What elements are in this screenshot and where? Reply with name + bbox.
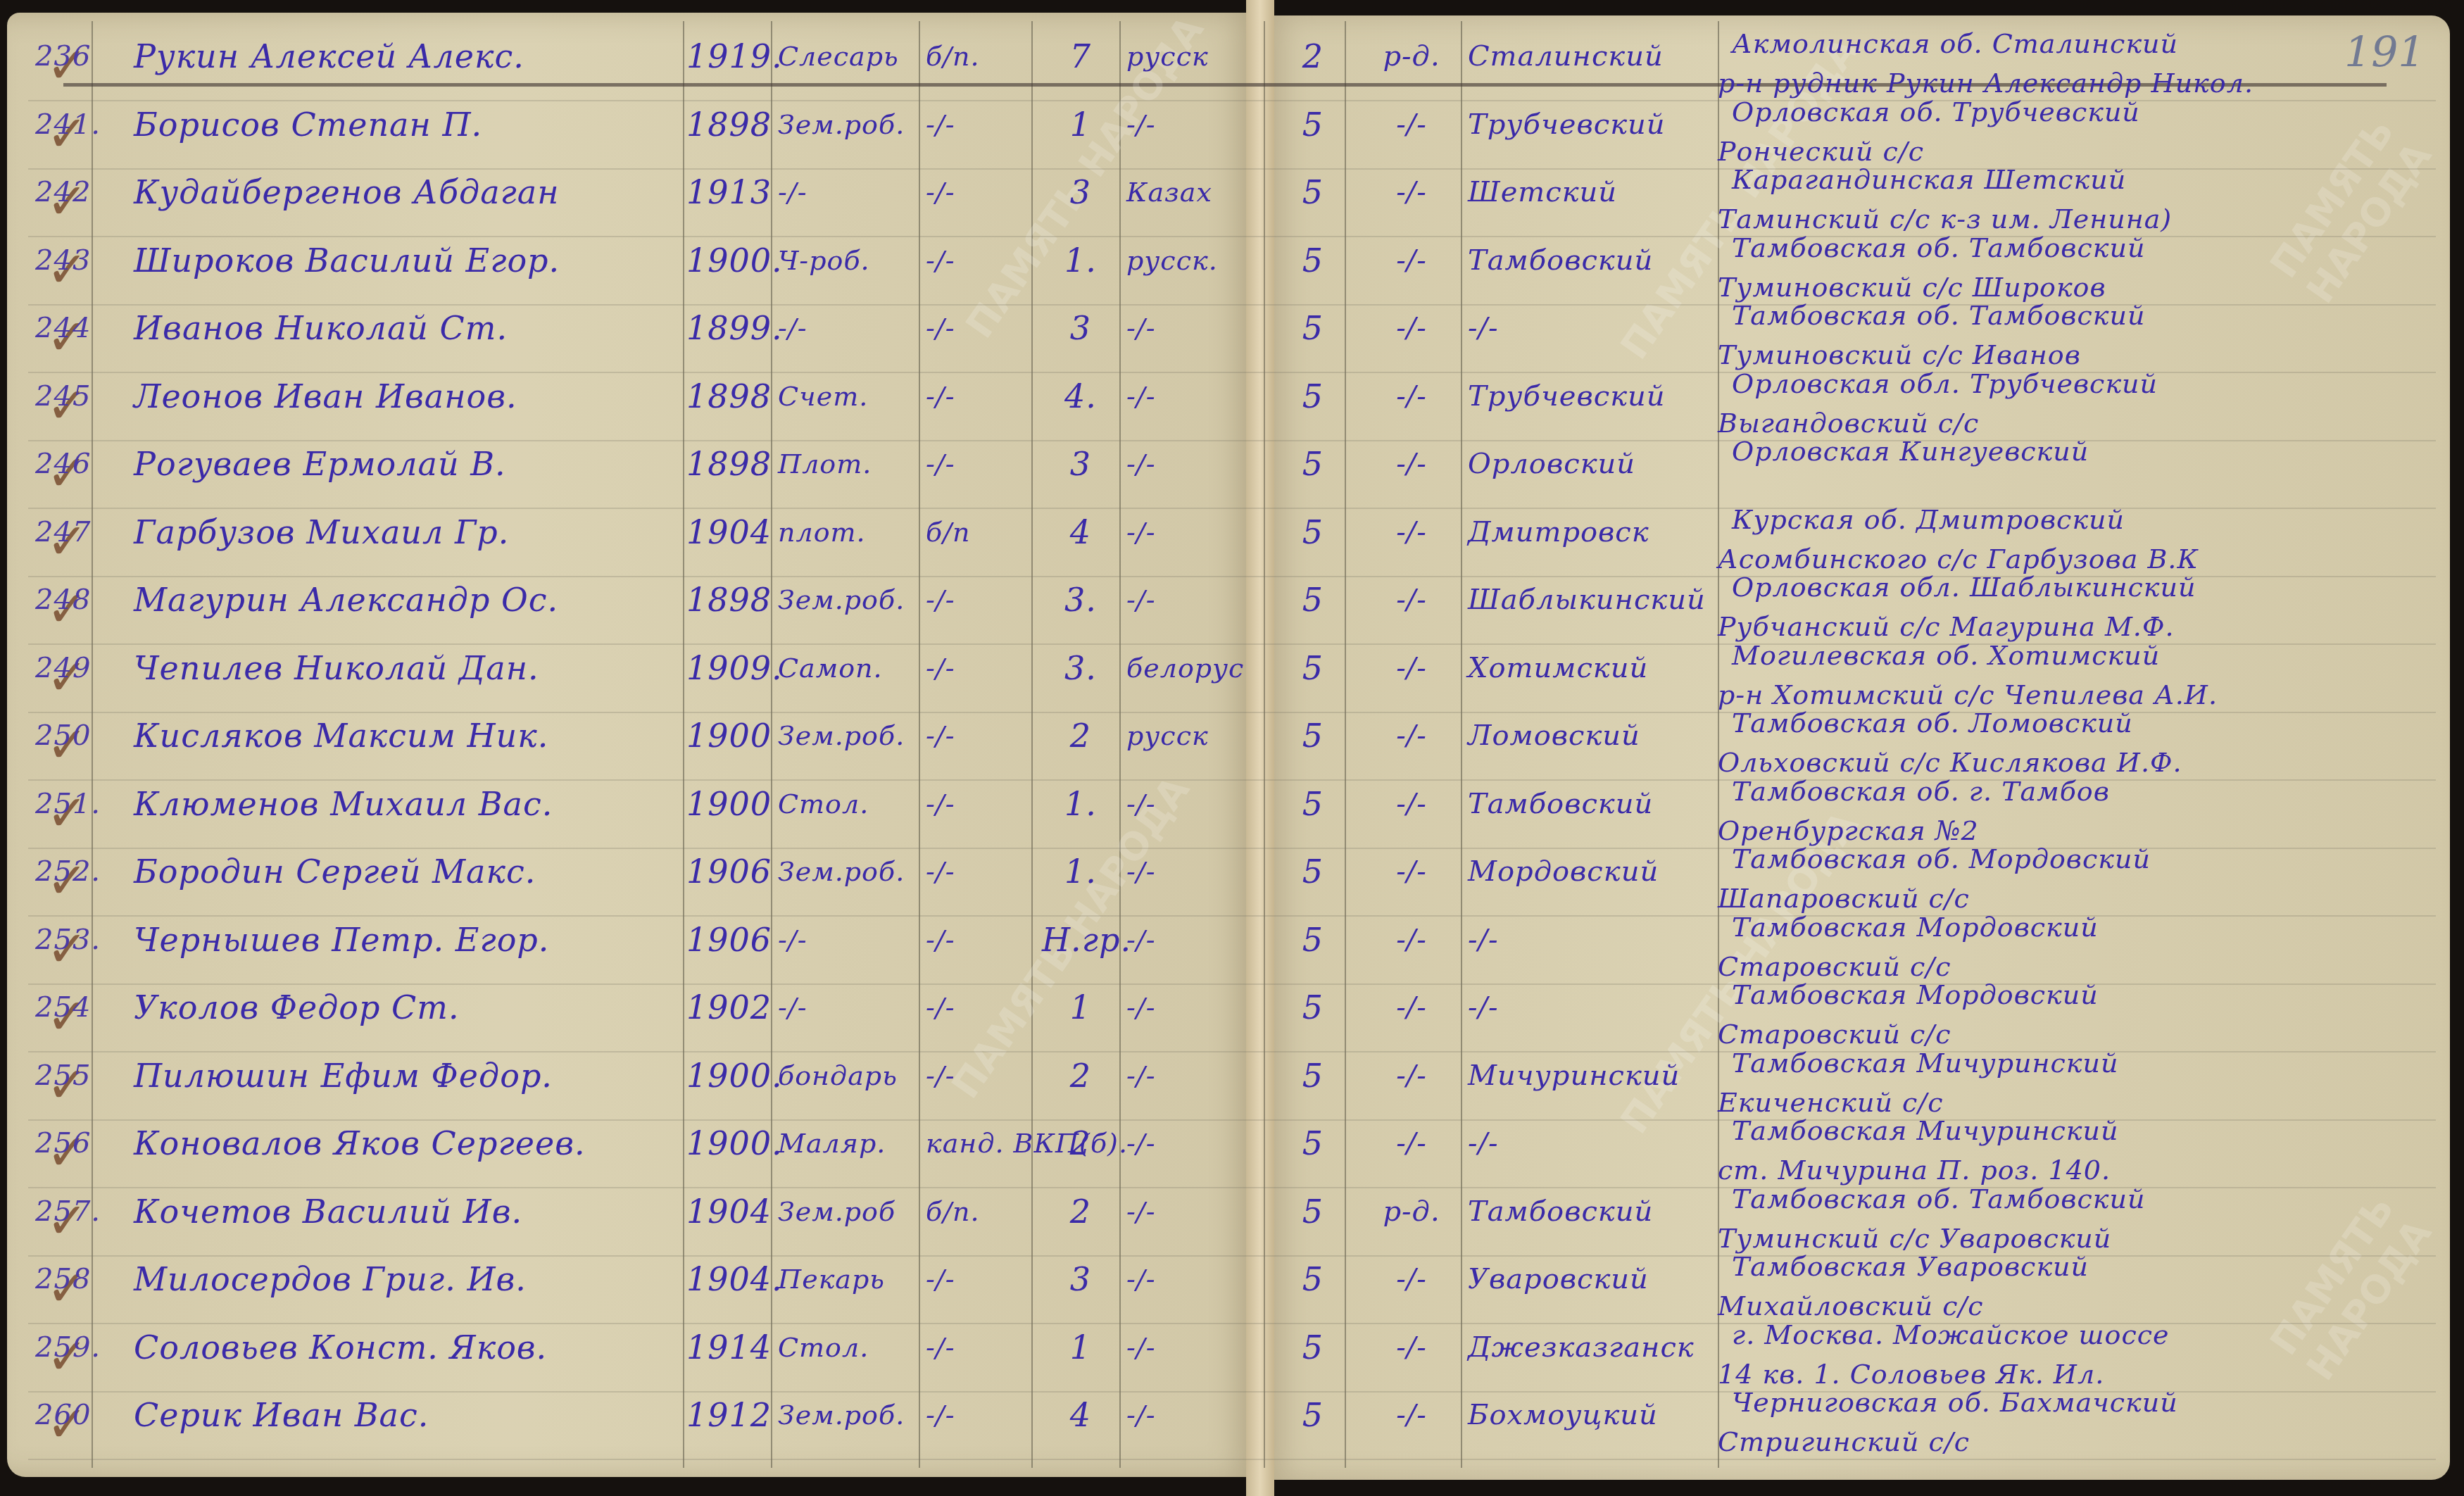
cell-num: 254 [35, 988, 99, 1027]
cell-category: 5 [1274, 377, 1352, 416]
cell-year: 1898 [686, 105, 771, 144]
cell-nationality: -/- [1126, 580, 1246, 620]
cell-occupation: Плот. [778, 444, 919, 484]
cell-rvk: Тамбовский [1468, 1192, 1721, 1231]
cell-category: 5 [1274, 1056, 1352, 1095]
cell-year: 1902 [686, 988, 771, 1027]
cell-num: 247 [35, 513, 99, 552]
cell-address-line1: Орловская Кингуевский [1732, 432, 2436, 471]
cell-year: 1904. [686, 1259, 771, 1299]
cell-address-line1: Тамбовская об. Тамбовский [1732, 228, 2436, 268]
cell-name: Широков Василий Егор. [134, 241, 683, 280]
cell-year: 1906 [686, 852, 771, 891]
cell-address-line1: Могилевская об. Хотимский [1732, 636, 2436, 675]
cell-year: 1914 [686, 1328, 771, 1367]
cell-occupation: Зем.роб. [778, 852, 919, 891]
cell-party: -/- [926, 105, 1031, 144]
cell-name: Соловьев Конст. Яков. [134, 1328, 683, 1367]
cell-name: Пилюшин Ефим Федор. [134, 1056, 683, 1095]
cell-category: 5 [1274, 852, 1352, 891]
cell-name: Клюменов Михаил Вас. [134, 784, 683, 824]
cell-nationality: -/- [1126, 1124, 1246, 1163]
row-rule [28, 1459, 2436, 1460]
cell-rvk: Шетский [1468, 172, 1721, 212]
cell-num: 252. [35, 852, 99, 891]
cell-occupation: -/- [778, 988, 919, 1027]
cell-rank: -/- [1366, 988, 1457, 1027]
cell-education: Н.гр. [1042, 920, 1119, 960]
cell-name: Магурин Александр Ос. [134, 580, 683, 620]
cell-rvk: Трубчевский [1468, 105, 1721, 144]
cell-name: Кисляков Максим Ник. [134, 716, 683, 755]
cell-address-line1: Тамбовская Мичуринский [1732, 1111, 2436, 1150]
cell-occupation: -/- [778, 920, 919, 960]
cell-year: 1898 [686, 444, 771, 484]
cell-party: -/- [926, 648, 1031, 688]
cell-address-line1: Орловская обл. Шаблыкинский [1732, 567, 2436, 607]
cell-education: 3. [1042, 580, 1119, 620]
cell-num: 253. [35, 920, 99, 960]
cell-address-line1: Орловская обл. Трубчевский [1732, 364, 2436, 403]
cell-occupation: Стол. [778, 1328, 919, 1367]
cell-num: 245 [35, 377, 99, 416]
cell-address-line1: Тамбовская об. Ломовский [1732, 703, 2436, 743]
cell-name: Рукин Алексей Алекс. [134, 37, 683, 76]
cell-education: 1. [1042, 784, 1119, 824]
cell-name: Уколов Федор Ст. [134, 988, 683, 1027]
cell-num: 251. [35, 784, 99, 824]
cell-year: 1898 [686, 580, 771, 620]
cell-nationality: белорус [1126, 648, 1246, 688]
cell-rvk: -/- [1468, 920, 1721, 960]
cell-name: Коновалов Яков Сергеев. [134, 1124, 683, 1163]
cell-occupation: -/- [778, 172, 919, 212]
cell-education: 3 [1042, 172, 1119, 212]
cell-rank: -/- [1366, 648, 1457, 688]
cell-education: 4. [1042, 377, 1119, 416]
cell-category: 5 [1274, 241, 1352, 280]
cell-rvk: Дмитровск [1468, 513, 1721, 552]
cell-name: Кочетов Василий Ив. [134, 1192, 683, 1231]
cell-party: -/- [926, 241, 1031, 280]
cell-name: Чепилев Николай Дан. [134, 648, 683, 688]
cell-education: 1 [1042, 988, 1119, 1027]
cell-nationality: -/- [1126, 1395, 1246, 1435]
cell-party: -/- [926, 920, 1031, 960]
cell-education: 2 [1042, 716, 1119, 755]
cell-category: 5 [1274, 648, 1352, 688]
cell-num: 242 [35, 172, 99, 212]
cell-party: -/- [926, 172, 1031, 212]
cell-num: 248 [35, 580, 99, 620]
cell-nationality: -/- [1126, 920, 1246, 960]
cell-num: 260 [35, 1395, 99, 1435]
cell-rank: -/- [1366, 444, 1457, 484]
cell-address-line1: г. Москва. Можайское шоссе [1732, 1315, 2436, 1354]
cell-education: 4 [1042, 513, 1119, 552]
cell-num: 255 [35, 1056, 99, 1095]
cell-year: 1900. [686, 1124, 771, 1163]
cell-education: 1 [1042, 1328, 1119, 1367]
ledger-spread: 191 ПАМЯТЬ НАРОДА ПАМЯТЬ НАРОДА ПАМЯТЬ Н… [0, 0, 2464, 1496]
cell-category: 5 [1274, 172, 1352, 212]
cell-num: 246 [35, 444, 99, 484]
cell-category: 5 [1274, 1395, 1352, 1435]
cell-address-line1: Тамбовская об. Мордовский [1732, 839, 2436, 879]
cell-rank: -/- [1366, 105, 1457, 144]
cell-nationality: -/- [1126, 784, 1246, 824]
cell-education: 1. [1042, 241, 1119, 280]
cell-rvk: -/- [1468, 308, 1721, 348]
cell-rvk: Мордовский [1468, 852, 1721, 891]
cell-num: 256 [35, 1124, 99, 1163]
cell-name: Гарбузов Михаил Гр. [134, 513, 683, 552]
cell-nationality: -/- [1126, 105, 1246, 144]
cell-rvk: Орловский [1468, 444, 1721, 484]
cell-rvk: Ломовский [1468, 716, 1721, 755]
cell-occupation: Зем.роб. [778, 1395, 919, 1435]
cell-category: 5 [1274, 988, 1352, 1027]
cell-year: 1919. [686, 37, 771, 76]
cell-category: 5 [1274, 513, 1352, 552]
cell-occupation: Зем.роб [778, 1192, 919, 1231]
table-row: ✓260Серик Иван Вас.1912Зем.роб.-/-4-/-5-… [0, 1395, 2464, 1466]
cell-nationality: -/- [1126, 308, 1246, 348]
cell-year: 1900. [686, 241, 771, 280]
cell-party: б/п. [926, 1192, 1031, 1231]
cell-party: -/- [926, 1395, 1031, 1435]
cell-rank: -/- [1366, 1056, 1457, 1095]
cell-rank: -/- [1366, 241, 1457, 280]
cell-category: 5 [1274, 784, 1352, 824]
cell-num: 241. [35, 105, 99, 144]
cell-nationality: -/- [1126, 1056, 1246, 1095]
cell-address-line1: Карагандинская Шетский [1732, 160, 2436, 199]
cell-num: 244 [35, 308, 99, 348]
cell-party: б/п [926, 513, 1031, 552]
cell-category: 5 [1274, 920, 1352, 960]
cell-year: 1912 [686, 1395, 771, 1435]
cell-year: 1904 [686, 1192, 771, 1231]
cell-num: 249 [35, 648, 99, 688]
cell-rvk: Уваровский [1468, 1259, 1721, 1299]
cell-occupation: плот. [778, 513, 919, 552]
cell-nationality: -/- [1126, 1328, 1246, 1367]
cell-address-line1: Тамбовская Мичуринский [1732, 1043, 2436, 1083]
cell-num: 259. [35, 1328, 99, 1367]
cell-occupation: Ч-роб. [778, 241, 919, 280]
cell-num: 250 [35, 716, 99, 755]
cell-rank: -/- [1366, 172, 1457, 212]
cell-address-line1: Тамбовская Мордовский [1732, 907, 2436, 947]
cell-category: 5 [1274, 105, 1352, 144]
cell-year: 1899. [686, 308, 771, 348]
cell-rvk: Трубчевский [1468, 377, 1721, 416]
cell-education: 2 [1042, 1192, 1119, 1231]
cell-rvk: Мичуринский [1468, 1056, 1721, 1095]
cell-nationality: -/- [1126, 1192, 1246, 1231]
cell-rank: -/- [1366, 1328, 1457, 1367]
cell-education: 3. [1042, 648, 1119, 688]
cell-nationality: -/- [1126, 852, 1246, 891]
cell-occupation: Стол. [778, 784, 919, 824]
cell-nationality: -/- [1126, 513, 1246, 552]
cell-party: -/- [926, 1259, 1031, 1299]
cell-year: 1900 [686, 716, 771, 755]
cell-nationality: -/- [1126, 377, 1246, 416]
cell-rvk: -/- [1468, 988, 1721, 1027]
cell-rank: р-д. [1366, 37, 1457, 76]
cell-rank: -/- [1366, 1259, 1457, 1299]
cell-rank: -/- [1366, 852, 1457, 891]
cell-year: 1904 [686, 513, 771, 552]
cell-category: 5 [1274, 580, 1352, 620]
cell-rvk: -/- [1468, 1124, 1721, 1163]
cell-name: Рогуваев Ермолай В. [134, 444, 683, 484]
cell-name: Милосердов Григ. Ив. [134, 1259, 683, 1299]
cell-name: Чернышев Петр. Егор. [134, 920, 683, 960]
cell-category: 5 [1274, 1328, 1352, 1367]
cell-education: 3 [1042, 444, 1119, 484]
cell-address-line1: Черниговская об. Бахмачский [1732, 1383, 2436, 1422]
cell-occupation: Зем.роб. [778, 716, 919, 755]
cell-rank: -/- [1366, 308, 1457, 348]
cell-occupation: Счет. [778, 377, 919, 416]
cell-party: -/- [926, 377, 1031, 416]
cell-rank: -/- [1366, 1124, 1457, 1163]
cell-occupation: Слесарь [778, 37, 919, 76]
cell-address-line1: Тамбовская Мордовский [1732, 975, 2436, 1014]
cell-party: -/- [926, 988, 1031, 1027]
cell-party: -/- [926, 716, 1031, 755]
cell-address-line1: Тамбовская об. Тамбовский [1732, 1179, 2436, 1219]
cell-nationality: Казах [1126, 172, 1246, 212]
cell-year: 1898 [686, 377, 771, 416]
cell-rvk: Тамбовский [1468, 784, 1721, 824]
cell-name: Леонов Иван Иванов. [134, 377, 683, 416]
cell-rvk: Шаблыкинский [1468, 580, 1721, 620]
cell-category: 5 [1274, 716, 1352, 755]
cell-rvk: Бохмоуцкий [1468, 1395, 1721, 1435]
cell-education: 4 [1042, 1395, 1119, 1435]
cell-occupation: Зем.роб. [778, 105, 919, 144]
cell-occupation: -/- [778, 308, 919, 348]
cell-year: 1906 [686, 920, 771, 960]
cell-year: 1900. [686, 1056, 771, 1095]
cell-name: Борисов Степан П. [134, 105, 683, 144]
cell-education: 3 [1042, 1259, 1119, 1299]
cell-category: 2 [1274, 37, 1352, 76]
cell-category: 5 [1274, 1259, 1352, 1299]
cell-rank: -/- [1366, 1395, 1457, 1435]
cell-party: -/- [926, 852, 1031, 891]
cell-name: Бородин Сергей Макс. [134, 852, 683, 891]
cell-rank: -/- [1366, 784, 1457, 824]
cell-party: -/- [926, 444, 1031, 484]
cell-education: 1 [1042, 105, 1119, 144]
cell-nationality: русск [1126, 716, 1246, 755]
cell-category: 5 [1274, 308, 1352, 348]
cell-address-line1: Курская об. Дмитровский [1732, 500, 2436, 539]
cell-category: 5 [1274, 1192, 1352, 1231]
cell-rvk: Хотимский [1468, 648, 1721, 688]
cell-name: Кудайбергенов Абдаган [134, 172, 683, 212]
cell-name: Серик Иван Вас. [134, 1395, 683, 1435]
cell-occupation: Зем.роб. [778, 580, 919, 620]
cell-nationality: -/- [1126, 1259, 1246, 1299]
cell-rvk: Тамбовский [1468, 241, 1721, 280]
cell-address-line1: Тамбовская об. г. Тамбов [1732, 772, 2436, 811]
cell-category: 5 [1274, 1124, 1352, 1163]
cell-rank: -/- [1366, 377, 1457, 416]
cell-num: 258 [35, 1259, 99, 1299]
cell-education: 7 [1042, 37, 1119, 76]
cell-rank: -/- [1366, 580, 1457, 620]
cell-education: 1. [1042, 852, 1119, 891]
cell-num: 257. [35, 1192, 99, 1231]
cell-year: 1900 [686, 784, 771, 824]
cell-party: -/- [926, 1056, 1031, 1095]
cell-name: Иванов Николай Ст. [134, 308, 683, 348]
cell-year: 1909. [686, 648, 771, 688]
cell-nationality: русск. [1126, 241, 1246, 280]
cell-year: 1913 [686, 172, 771, 212]
cell-nationality: -/- [1126, 988, 1246, 1027]
cell-rank: -/- [1366, 920, 1457, 960]
cell-num: 243 [35, 241, 99, 280]
cell-occupation: Маляр. [778, 1124, 919, 1163]
cell-nationality: русск [1126, 37, 1246, 76]
cell-rank: -/- [1366, 513, 1457, 552]
cell-rank: -/- [1366, 716, 1457, 755]
cell-nationality: -/- [1126, 444, 1246, 484]
cell-occupation: бондарь [778, 1056, 919, 1095]
cell-party: -/- [926, 784, 1031, 824]
cell-party: б/п. [926, 37, 1031, 76]
cell-education: 2 [1042, 1124, 1119, 1163]
cell-address-line2: Стригинский с/с [1718, 1422, 2436, 1462]
cell-address-line1: Тамбовская Уваровский [1732, 1247, 2436, 1286]
cell-party: -/- [926, 1328, 1031, 1367]
cell-category: 5 [1274, 444, 1352, 484]
cell-rank: р-д. [1366, 1192, 1457, 1231]
cell-education: 2 [1042, 1056, 1119, 1095]
cell-address-line1: Акмолинская об. Сталинский [1732, 24, 2436, 63]
cell-occupation: Самоп. [778, 648, 919, 688]
cell-rvk: Джезказганск [1468, 1328, 1721, 1367]
cell-occupation: Пекарь [778, 1259, 919, 1299]
cell-party: канд. ВКП(б). [926, 1124, 1031, 1163]
cell-address-line1: Тамбовская об. Тамбовский [1732, 296, 2436, 335]
cell-rvk: Сталинский [1468, 37, 1721, 76]
cell-education: 3 [1042, 308, 1119, 348]
cell-party: -/- [926, 580, 1031, 620]
cell-num: 236 [35, 37, 99, 76]
cell-address-line1: Орловская об. Трубчевский [1732, 92, 2436, 132]
cell-party: -/- [926, 308, 1031, 348]
